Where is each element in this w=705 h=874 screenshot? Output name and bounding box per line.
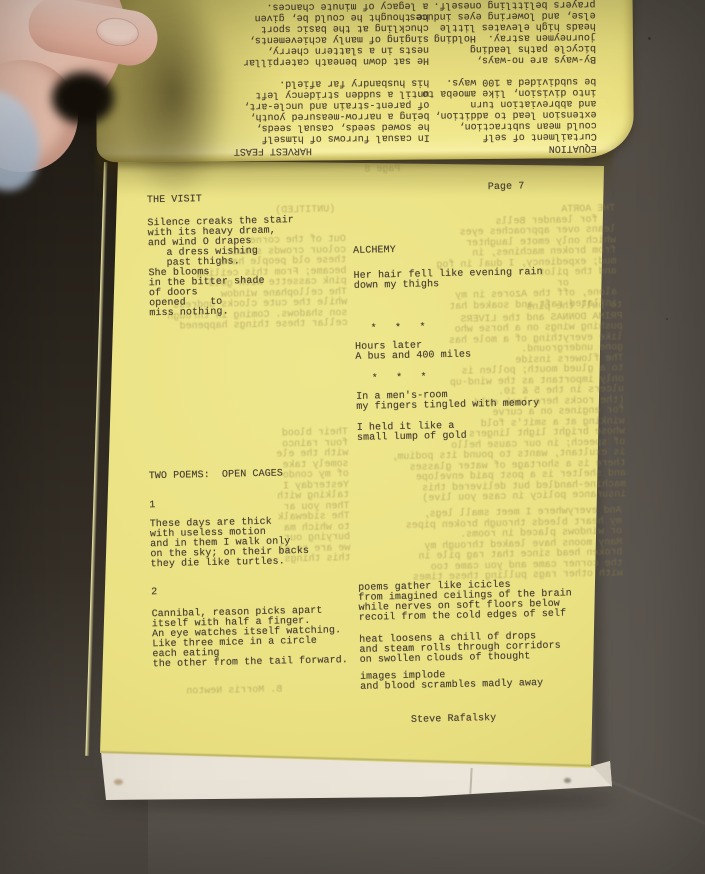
ghost-page-number: Page 8 <box>356 165 400 176</box>
page-number: Page 7 <box>488 182 525 193</box>
alchemy-stanza-4: I held it like a small lump of gold <box>357 422 467 444</box>
icicles-stanza-2: heat loosens a chill of drops and steam … <box>359 632 561 666</box>
ghost-poem-legs: And everywhere I meet small legs, my hea… <box>397 506 623 584</box>
alchemy-stanza-1: Her hair fell like evening rain down my … <box>354 268 544 292</box>
equation-stanza-1: Curtailment of self could mean subtracti… <box>420 75 597 143</box>
equation-stanza-2: By-ways are no-ways, bicycle paths leadi… <box>420 0 597 66</box>
ghost-author-byline: B. Morris Newton <box>177 686 282 699</box>
photo-of-poetry-zine: Page 8 (UNTITLED) THE AORTA for leander … <box>0 0 705 874</box>
poem-title-equation: EQUATION <box>421 142 597 155</box>
poem-title-open-cages: TWO POEMS: OPEN CAGES <box>149 469 283 482</box>
open-cages-number-1: 1 <box>149 501 155 511</box>
open-cages-number-2: 2 <box>151 588 157 598</box>
asterisk-separator: * * * <box>371 323 426 334</box>
ghost-poem-aorta: THE AORTA for leander Bells leans over a… <box>420 204 617 313</box>
alchemy-stanza-3: In a men's-room my fingers tingled with … <box>356 389 539 413</box>
icicles-stanza-1: poems gather like icicles from imagined … <box>358 579 572 623</box>
open-cages-poem-1: These days are thick with useless motion… <box>150 517 310 570</box>
poem-title-alchemy: ALCHEMY <box>353 246 396 257</box>
alchemy-stanza-2: Hours later A bus and 400 miles <box>355 340 471 362</box>
author-byline: Steve Rafalsky <box>411 714 497 726</box>
open-cages-poem-2: Cannibal, reason picks apart itself with… <box>152 606 348 670</box>
poem-equation-column: EQUATION Curtailment of self could mean … <box>420 0 597 155</box>
icicles-stanza-3: images implode and blood scrambles madly… <box>360 669 543 693</box>
hand-gap-shadow <box>52 72 114 124</box>
asterisk-separator: * * * <box>372 373 427 384</box>
poem-the-visit: Silence creaks the stair with its heavy … <box>147 216 295 319</box>
